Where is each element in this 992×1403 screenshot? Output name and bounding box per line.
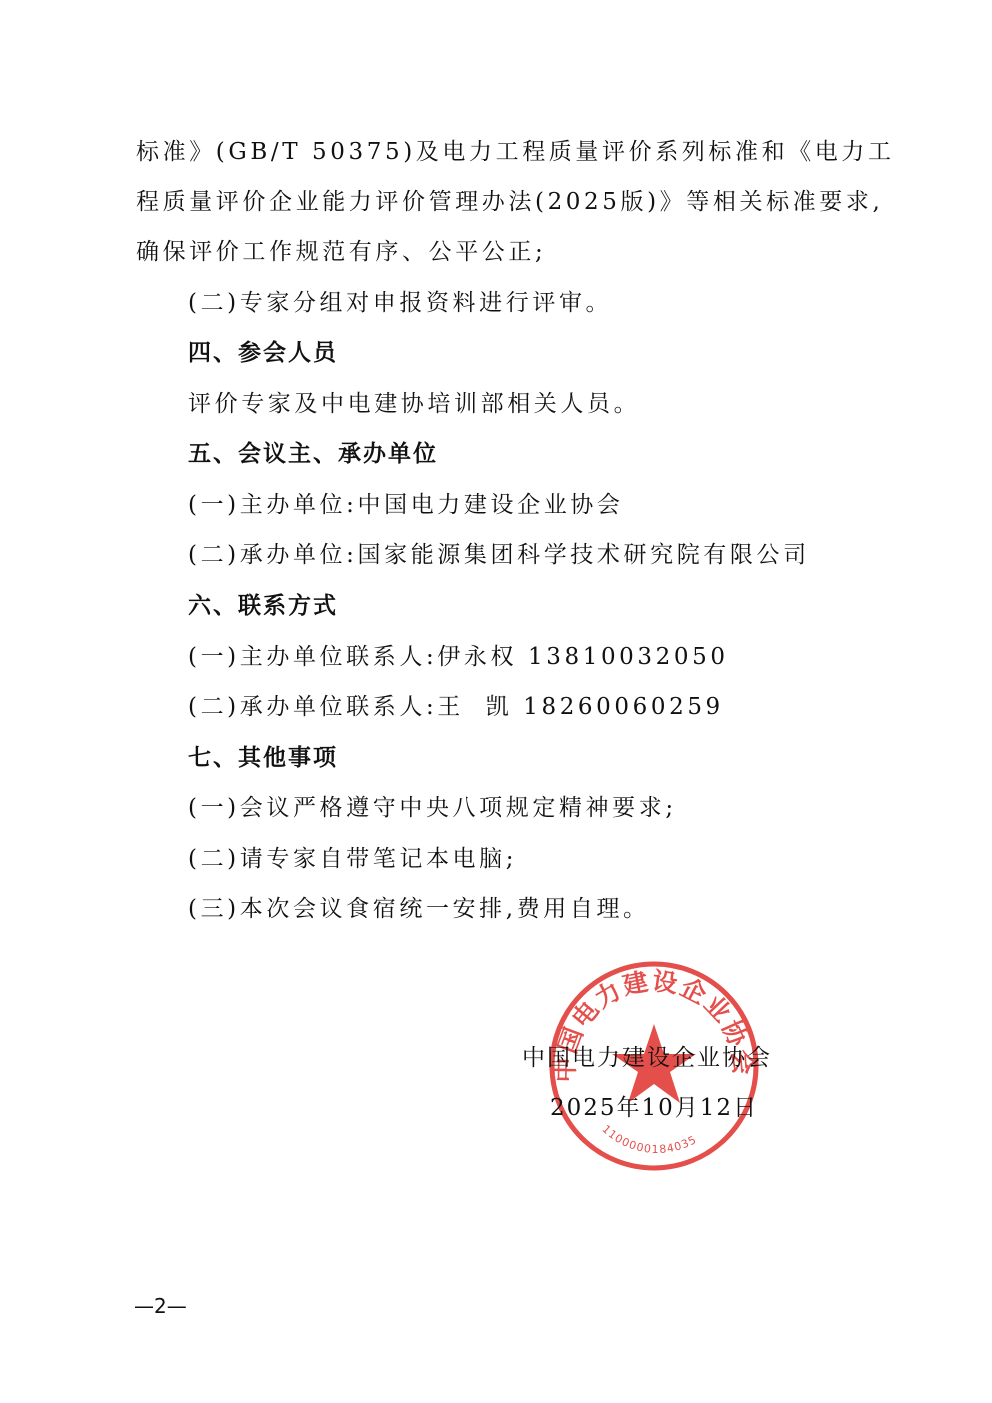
page-number: —2— xyxy=(134,1292,187,1320)
document-page: 标准》(GB/T 50375)及电力工程质量评价系列标准和《电力工 程质量评价企… xyxy=(0,0,992,1403)
list-item: (三)本次会议食宿统一安排,费用自理。 xyxy=(188,893,650,925)
section-heading: 七、其他事项 xyxy=(188,742,338,774)
contact-line: (一)主办单位联系人:伊永权 13810032050 xyxy=(188,641,729,673)
signature-date: 2025年10月12日 xyxy=(550,1092,758,1124)
contact-line: (二)承办单位联系人:王 凯 18260060259 xyxy=(188,691,724,723)
section-heading: 五、会议主、承办单位 xyxy=(188,438,438,470)
list-item: (二)承办单位:国家能源集团科学技术研究院有限公司 xyxy=(188,539,810,571)
body-line: 程质量评价企业能力评价管理办法(2025版)》等相关标准要求, xyxy=(136,186,883,218)
list-item: (一)主办单位:中国电力建设企业协会 xyxy=(188,489,624,521)
body-line: 确保评价工作规范有序、公平公正; xyxy=(136,236,546,268)
section-heading: 四、参会人员 xyxy=(188,337,338,369)
signature-organization: 中国电力建设企业协会 xyxy=(522,1042,772,1074)
list-item: (二)专家分组对申报资料进行评审。 xyxy=(188,287,612,319)
list-item: (一)会议严格遵守中央八项规定精神要求; xyxy=(188,792,677,824)
svg-text:1100000184035: 1100000184035 xyxy=(599,1123,699,1157)
list-item: (二)请专家自带笔记本电脑; xyxy=(188,843,517,875)
body-line: 评价专家及中电建协培训部相关人员。 xyxy=(188,388,640,420)
section-heading: 六、联系方式 xyxy=(188,590,338,622)
body-line: 标准》(GB/T 50375)及电力工程质量评价系列标准和《电力工 xyxy=(136,136,895,168)
